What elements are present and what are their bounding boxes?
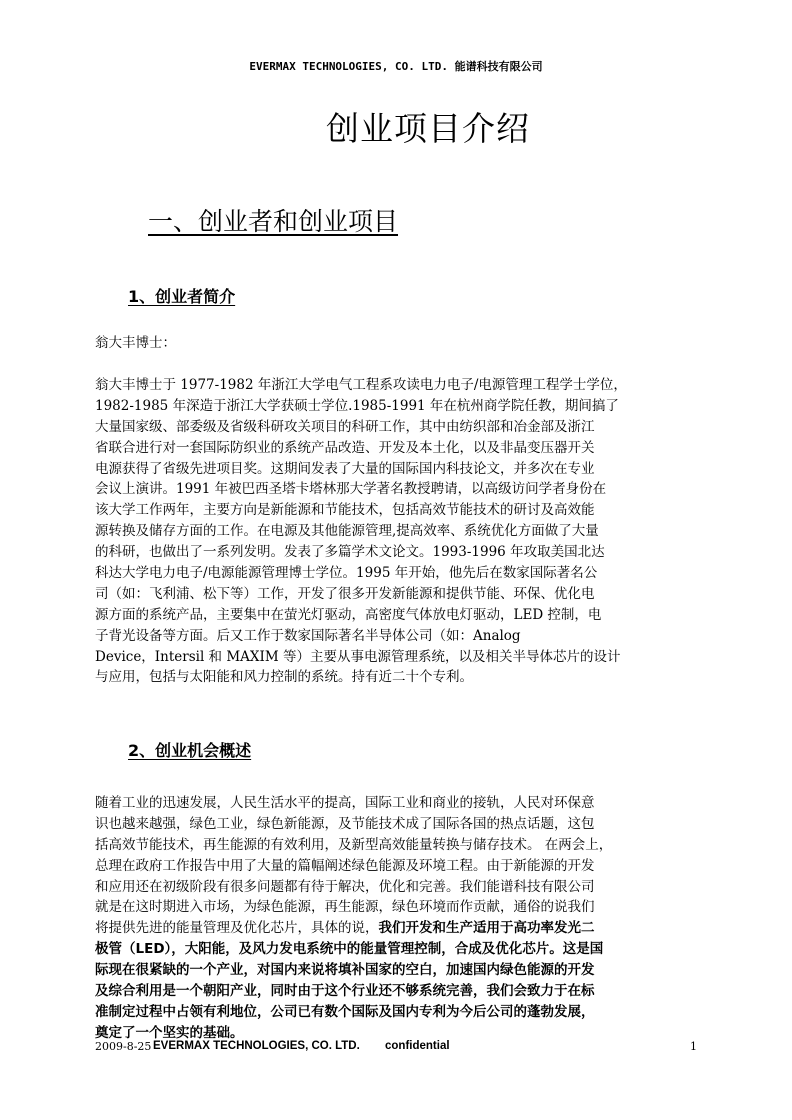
- paragraph-line: 就是在这时期进入市场，为绿色能源，再生能源，绿色环境而作贡献，通俗的说我们: [95, 897, 705, 918]
- page-header: EVERMAX TECHNOLOGIES, CO. LTD. 能谱科技有限公司: [0, 58, 792, 74]
- paragraph-line: 科达大学电力电子/电源能源管理博士学位。1995 年开始，他先后在数家国际著名公: [95, 563, 705, 584]
- paragraph-line: 会议上演讲。1991 年被巴西圣塔卡塔林那大学著名教授聘请，以高级访问学者身份在: [95, 479, 705, 500]
- normal-text: 括高效节能技术，再生能源的有效利用，及新型高效能量转换与储存技术。 在两会上，: [95, 837, 612, 853]
- paragraph-line: 源方面的系统产品，主要集中在萤光灯驱动，高密度气体放电灯驱动，LED 控制，电: [95, 605, 705, 626]
- bold-text: 奠定了一个坚实的基础。: [95, 1025, 244, 1041]
- paragraph-line: 翁大丰博士于 1977-1982 年浙江大学电气工程系攻读电力电子/电源管理工程…: [95, 375, 705, 396]
- normal-text: 识也越来越强，绿色工业，绿色新能源，及节能技术成了国际各国的热点话题，这包: [95, 816, 595, 832]
- normal-text: 随着工业的迅速发展，人民生活水平的提高，国际工业和商业的接轨，人民对环保意: [95, 795, 595, 811]
- paragraph-line: 的科研，也做出了一系列发明。发表了多篇学术文论文。1993-1996 年攻取美国…: [95, 542, 705, 563]
- founder-bio-paragraph: 翁大丰博士于 1977-1982 年浙江大学电气工程系攻读电力电子/电源管理工程…: [95, 375, 705, 688]
- document-title: 创业项目介绍: [326, 103, 530, 150]
- paragraph-line: 括高效节能技术，再生能源的有效利用，及新型高效能量转换与储存技术。 在两会上，: [95, 835, 705, 856]
- paragraph-line: Device，Intersil 和 MAXIM 等）主要从事电源管理系统，以及相…: [95, 647, 705, 668]
- paragraph-line: 和应用还在初级阶段有很多问题都有待于解决，优化和完善。我们能谱科技有限公司: [95, 877, 705, 898]
- opportunity-paragraph: 随着工业的迅速发展，人民生活水平的提高，国际工业和商业的接轨，人民对环保意 识也…: [95, 793, 705, 1044]
- paragraph-line: 省联合进行对一套国际防织业的系统产品改造、开发及本土化，以及非晶变压器开关: [95, 438, 705, 459]
- page-footer: 2009-8-25 EVERMAX TECHNOLOGIES, CO. LTD.…: [95, 1040, 697, 1056]
- paragraph-line: 源转换及储存方面的工作。在电源及其他能源管理,提高效率、系统优化方面做了大量: [95, 521, 705, 542]
- document-page: EVERMAX TECHNOLOGIES, CO. LTD. 能谱科技有限公司 …: [0, 0, 792, 1120]
- footer-confidential: confidential: [385, 1040, 450, 1052]
- bold-text: 极管（LED），大阳能，及风力发电系统中的能量管理控制，合成及优化芯片。这是国: [95, 941, 603, 957]
- paragraph-line: 司（如：飞利浦、松下等）工作，开发了很多开发新能源和提供节能、环保、优化电: [95, 584, 705, 605]
- greeting-text: 翁大丰博士：: [95, 333, 705, 354]
- founder-greeting: 翁大丰博士：: [95, 333, 705, 354]
- paragraph-line: 电源获得了省级先进项目奖。这期间发表了大量的国际国内科技论文，并多次在专业: [95, 459, 705, 480]
- paragraph-line: 大量国家级、部委级及省级科研攻关项目的科研工作，其中由纺织部和冶金部及浙江: [95, 417, 705, 438]
- normal-text: 将提供先进的能量管理及优化芯片，具体的说，: [95, 920, 379, 936]
- footer-date: 2009-8-25: [95, 1040, 151, 1053]
- paragraph-line: 及综合利用是一个朝阳产业，同时由于这个行业还不够系统完善，我们会致力于在标: [95, 981, 705, 1002]
- paragraph-line: 际现在很紧缺的一个产业，对国内来说将填补国家的空白，加速国内绿色能源的开发: [95, 960, 705, 981]
- normal-text: 总理在政府工作报告中用了大量的篇幅阐述绿色能源及环境工程。由于新能源的开发: [95, 858, 595, 874]
- paragraph-line: 该大学工作两年，主要方向是新能源和节能技术，包括高效节能技术的研讨及高效能: [95, 500, 705, 521]
- footer-company: EVERMAX TECHNOLOGIES, CO. LTD.: [153, 1040, 360, 1052]
- bold-text: 准制定过程中占领有利地位，公司已有数个国际及国内专利为今后公司的蓬勃发展，: [95, 1004, 595, 1020]
- paragraph-line: 与应用，包括与太阳能和风力控制的系统。持有近二十个专利。: [95, 667, 705, 688]
- paragraph-line: 识也越来越强，绿色工业，绿色新能源，及节能技术成了国际各国的热点话题，这包: [95, 814, 705, 835]
- page-number: 1: [690, 1040, 697, 1053]
- normal-text: 就是在这时期进入市场，为绿色能源，再生能源，绿色环境而作贡献，通俗的说我们: [95, 899, 595, 915]
- bold-text: 我们开发和生产适用于高功率发光二: [379, 920, 595, 936]
- normal-text: 和应用还在初级阶段有很多问题都有待于解决，优化和完善。我们能谱科技有限公司: [95, 879, 595, 895]
- subsection-heading-opportunity: 2、创业机会概述: [128, 738, 251, 761]
- bold-text: 际现在很紧缺的一个产业，对国内来说将填补国家的空白，加速国内绿色能源的开发: [95, 962, 595, 978]
- paragraph-line: 总理在政府工作报告中用了大量的篇幅阐述绿色能源及环境工程。由于新能源的开发: [95, 856, 705, 877]
- bold-text: 及综合利用是一个朝阳产业，同时由于这个行业还不够系统完善，我们会致力于在标: [95, 983, 595, 999]
- paragraph-line: 准制定过程中占领有利地位，公司已有数个国际及国内专利为今后公司的蓬勃发展，: [95, 1002, 705, 1023]
- paragraph-line: 随着工业的迅速发展，人民生活水平的提高，国际工业和商业的接轨，人民对环保意: [95, 793, 705, 814]
- paragraph-line: 子背光设备等方面。后又工作于数家国际著名半导体公司（如：Analog: [95, 626, 705, 647]
- paragraph-line: 将提供先进的能量管理及优化芯片，具体的说，我们开发和生产适用于高功率发光二: [95, 918, 705, 939]
- subsection-heading-founder: 1、创业者简介: [128, 284, 235, 307]
- section-heading-1: 一、创业者和创业项目: [148, 202, 398, 238]
- paragraph-line: 1982-1985 年深造于浙江大学获硕士学位.1985-1991 年在杭州商学…: [95, 396, 705, 417]
- paragraph-line: 极管（LED），大阳能，及风力发电系统中的能量管理控制，合成及优化芯片。这是国: [95, 939, 705, 960]
